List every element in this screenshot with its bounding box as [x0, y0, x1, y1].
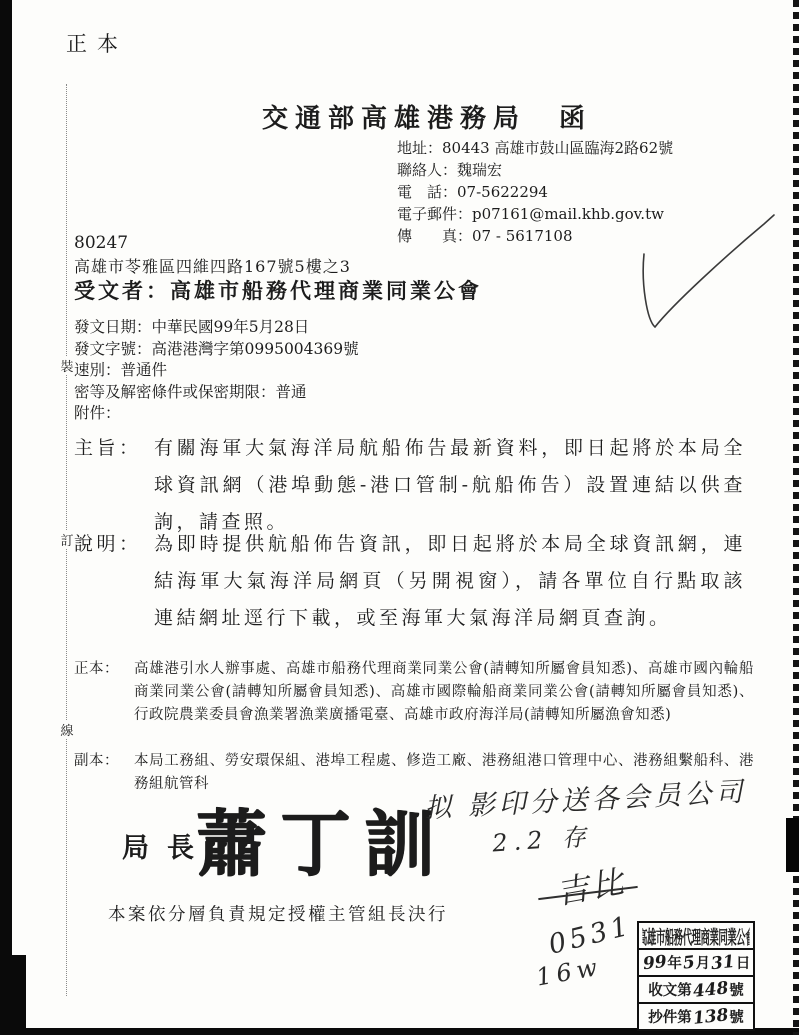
- receipt-stamp-box: 高雄市船務代理商業同業公會 99 年 5 月 31 日 收文第 448 號 抄件…: [637, 921, 755, 1031]
- recipient-zip: 80247: [74, 233, 128, 253]
- handwritten-checkmark-icon: [628, 212, 778, 347]
- handwritten-initials: 吉比: [553, 856, 630, 913]
- subject-text: 有關海軍大氣海洋局航船佈告最新資料，即日起將於本局全球資訊網（港埠動態-港口管制…: [154, 430, 746, 541]
- subject-paragraph: 主旨： 有關海軍大氣海洋局航船佈告最新資料，即日起將於本局全球資訊網（港埠動態-…: [74, 430, 746, 541]
- binding-char-xian: 線: [59, 720, 75, 739]
- original-list: 高雄港引水人辦事處、高雄市船務代理商業同業公會(請轉知所屬會員知悉)、高雄市國內…: [134, 658, 754, 727]
- sender-address: 地址：80443 高雄市鼓山區臨海2路62號: [397, 137, 673, 159]
- scan-artifact-right-block: [786, 818, 799, 872]
- explanation-text: 為即時提供航船佈告資訊，即日起將於本局全球資訊網，連結海軍大氣海洋局網頁（另開視…: [154, 526, 746, 637]
- meta-security: 密等及解密條件或保密期限：普通: [74, 382, 359, 404]
- document-meta-block: 發文日期：中華民國99年5月28日 發文字號：高港港灣字第0995004369號…: [74, 317, 359, 425]
- scan-artifact-left-edge: [0, 0, 12, 1035]
- stamp-month-value: 5: [681, 952, 697, 973]
- explanation-label: 說明：: [74, 526, 154, 637]
- handwritten-note-line2: 2.2 存: [491, 817, 593, 859]
- stamp-receipt-prefix: 收文第: [648, 979, 692, 1000]
- document-title: 交通部高雄港務局 函: [262, 98, 592, 135]
- meta-doc-number: 發文字號：高港港灣字第0995004369號: [74, 339, 359, 361]
- meta-attachment: 附件：: [74, 403, 359, 425]
- copy-type-label: 正本: [66, 28, 128, 58]
- stamp-copy-prefix: 抄件第: [648, 1006, 692, 1027]
- stamp-receipt-row: 收文第 448 號: [639, 975, 753, 1002]
- stamp-copy-number: 138: [691, 1005, 730, 1029]
- recipient-address: 高雄市苓雅區四維四路167號5樓之3: [74, 254, 351, 277]
- scan-artifact-right-edge: [793, 0, 799, 1035]
- stamp-receipt-number: 448: [691, 978, 730, 1002]
- signer-name-seal: 蕭丁訓: [196, 787, 448, 890]
- recipient-line: 受文者：高雄市船務代理商業同業公會: [74, 275, 482, 305]
- scan-artifact-left-bottom: [0, 955, 26, 1035]
- stamp-year-value: 99: [641, 951, 669, 974]
- meta-priority: 速別：普通件: [74, 360, 359, 382]
- subject-label: 主旨：: [74, 430, 154, 541]
- stamp-receipt-suffix: 號: [729, 979, 744, 1000]
- scanned-official-letter: 裝 訂 線 正本 交通部高雄港務局 函 地址：80443 高雄市鼓山區臨海2路6…: [0, 0, 799, 1035]
- delegation-note: 本案依分層負責規定授權主管組長決行: [108, 901, 448, 926]
- handwritten-code-16w: 16w: [534, 952, 604, 991]
- sender-contact: 聯絡人：魏瑞宏: [397, 159, 673, 181]
- sender-phone: 電 話：07-5622294: [397, 181, 673, 203]
- meta-issue-date: 發文日期：中華民國99年5月28日: [74, 317, 359, 339]
- explanation-paragraph: 說明： 為即時提供航船佈告資訊，即日起將於本局全球資訊網，連結海軍大氣海洋局網頁…: [74, 526, 746, 637]
- binding-char-ding: 訂: [59, 530, 75, 549]
- original-recipients: 正本： 高雄港引水人辦事處、高雄市船務代理商業同業公會(請轉知所屬會員知悉)、高…: [74, 658, 754, 727]
- binding-char-zhuang: 裝: [59, 356, 75, 375]
- original-label: 正本：: [74, 658, 134, 727]
- cc-label: 副本：: [74, 750, 134, 796]
- stamp-copy-suffix: 號: [729, 1006, 744, 1027]
- stamp-copy-row: 抄件第 138 號: [639, 1002, 753, 1029]
- stamp-day-value: 31: [709, 951, 737, 974]
